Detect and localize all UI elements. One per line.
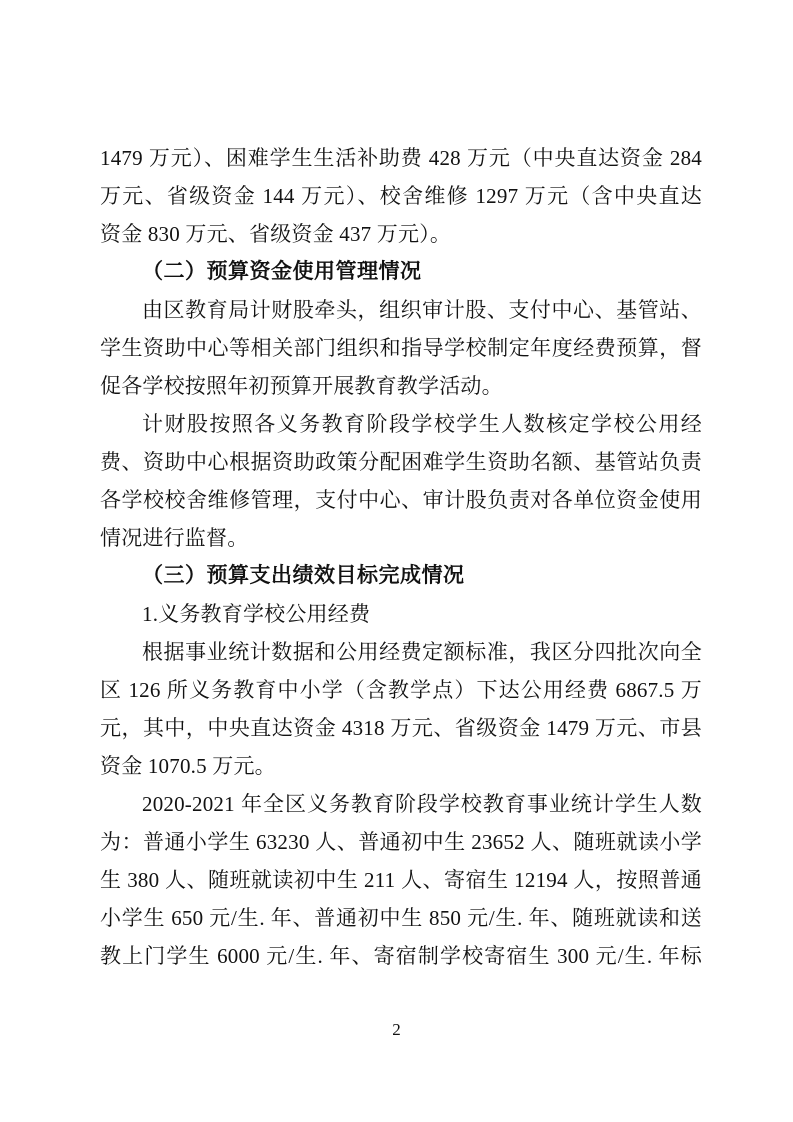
body-line: 小学生 650 元/生. 年、普通初中生 850 元/生. 年、随班就读和送 <box>100 899 702 937</box>
section-heading-3: （三）预算支出绩效目标完成情况 <box>100 557 702 595</box>
body-line: 促各学校按照年初预算开展教育教学活动。 <box>100 367 702 405</box>
body-line: 2020-2021 年全区义务教育阶段学校教育事业统计学生人数 <box>100 785 702 823</box>
body-line: 生 380 人、随班就读初中生 211 人、寄宿生 12194 人，按照普通 <box>100 861 702 899</box>
section-heading-2: （二）预算资金使用管理情况 <box>100 253 702 291</box>
body-line: 万元、省级资金 144 万元）、校舍维修 1297 万元（含中央直达 <box>100 177 702 215</box>
body-line: 为：普通小学生 63230 人、普通初中生 23652 人、随班就读小学 <box>100 823 702 861</box>
body-line: 1479 万元）、困难学生生活补助费 428 万元（中央直达资金 284 <box>100 139 702 177</box>
body-line: 教上门学生 6000 元/生. 年、寄宿制学校寄宿生 300 元/生. 年标 <box>100 937 702 975</box>
body-line: 区 126 所义务教育中小学（含教学点）下达公用经费 6867.5 万 <box>100 671 702 709</box>
body-line: 元，其中，中央直达资金 4318 万元、省级资金 1479 万元、市县 <box>100 709 702 747</box>
body-line: 资金 830 万元、省级资金 437 万元）。 <box>100 215 702 253</box>
body-line: 学生资助中心等相关部门组织和指导学校制定年度经费预算，督 <box>100 329 702 367</box>
body-line: 计财股按照各义务教育阶段学校学生人数核定学校公用经 <box>100 405 702 443</box>
body-line: 资金 1070.5 万元。 <box>100 747 702 785</box>
body-line: 各学校校舍维修管理，支付中心、审计股负责对各单位资金使用 <box>100 481 702 519</box>
body-line: 由区教育局计财股牵头，组织审计股、支付中心、基管站、 <box>100 291 702 329</box>
body-line: 费、资助中心根据资助政策分配困难学生资助名额、基管站负责 <box>100 443 702 481</box>
body-line: 根据事业统计数据和公用经费定额标准，我区分四批次向全 <box>100 633 702 671</box>
subsection-title: 1.义务教育学校公用经费 <box>100 595 702 633</box>
document-body: 1479 万元）、困难学生生活补助费 428 万元（中央直达资金 284 万元、… <box>100 139 702 975</box>
document-page: 1479 万元）、困难学生生活补助费 428 万元（中央直达资金 284 万元、… <box>0 0 793 1122</box>
page-number: 2 <box>0 1018 793 1042</box>
body-line: 情况进行监督。 <box>100 519 702 557</box>
